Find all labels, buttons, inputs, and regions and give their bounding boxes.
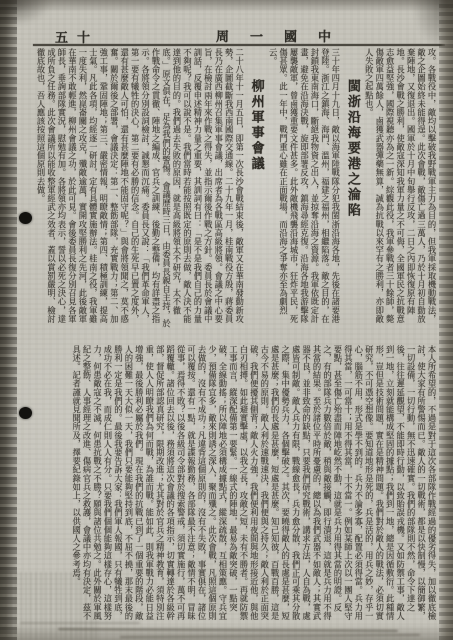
heading-liuzhou-military-conference: 柳州軍事會議 [248, 48, 265, 330]
top-right-smudge [413, 0, 453, 50]
binding-hole-bottom [19, 407, 32, 419]
article-minzhe-ports-body: 三十年四月十九日，敵以海軍陸戰隊分犯我閩浙沿海各地，先後在諸要港登陸。浙江之鎮海… [268, 48, 341, 330]
scanned-page: 五十 周一國中 攻。各戰役中，敵均以擊破我野戰軍主力為目的，但我軍採取機動戰法，… [0, 0, 453, 640]
top-left-smudge [0, 0, 52, 26]
heading-minzhe-coastal-ports: 閩浙沿海要港之淪陷 [344, 48, 361, 330]
article-liuzhou-conference-body: 二十八年十一月五日，即第一次長沙會戰結束後，敵軍又在華南發動新攻勢，企圖截斷我西… [36, 48, 245, 330]
speech-continuation-text: 本人所希望的，不過是對于這次各部隊作戰經過的優劣得失，加以徹底檢討，使大家有所警… [71, 345, 437, 622]
article-changsha-battle-tail: 攻。各戰役中，敵均以擊破我野戰軍主力為目的，但我軍採取機動戰法，敵之企圖始終未能… [364, 48, 437, 330]
binding-hole-top [19, 212, 32, 224]
left-edge-shadow [0, 0, 17, 640]
bottom-streak [20, 622, 140, 624]
bottom-streak [120, 634, 420, 638]
header-rule [33, 44, 445, 46]
masthead-title: 周一國中 [216, 26, 352, 45]
bottom-text-block: 本人所希望的，不過是對于這次各部隊作戰經過的優劣得失，加以徹底檢討，使大家有所警… [28, 345, 437, 622]
top-edge-shadow [0, 0, 453, 12]
top-articles-block: 攻。各戰役中，敵均以擊破我野戰軍主力為目的，但我軍採取機動戰法，敵之企圖始終未能… [30, 48, 437, 330]
bottom-streak [58, 628, 398, 632]
right-edge-shadow [439, 0, 453, 640]
bottom-edge-shadow [0, 624, 453, 640]
